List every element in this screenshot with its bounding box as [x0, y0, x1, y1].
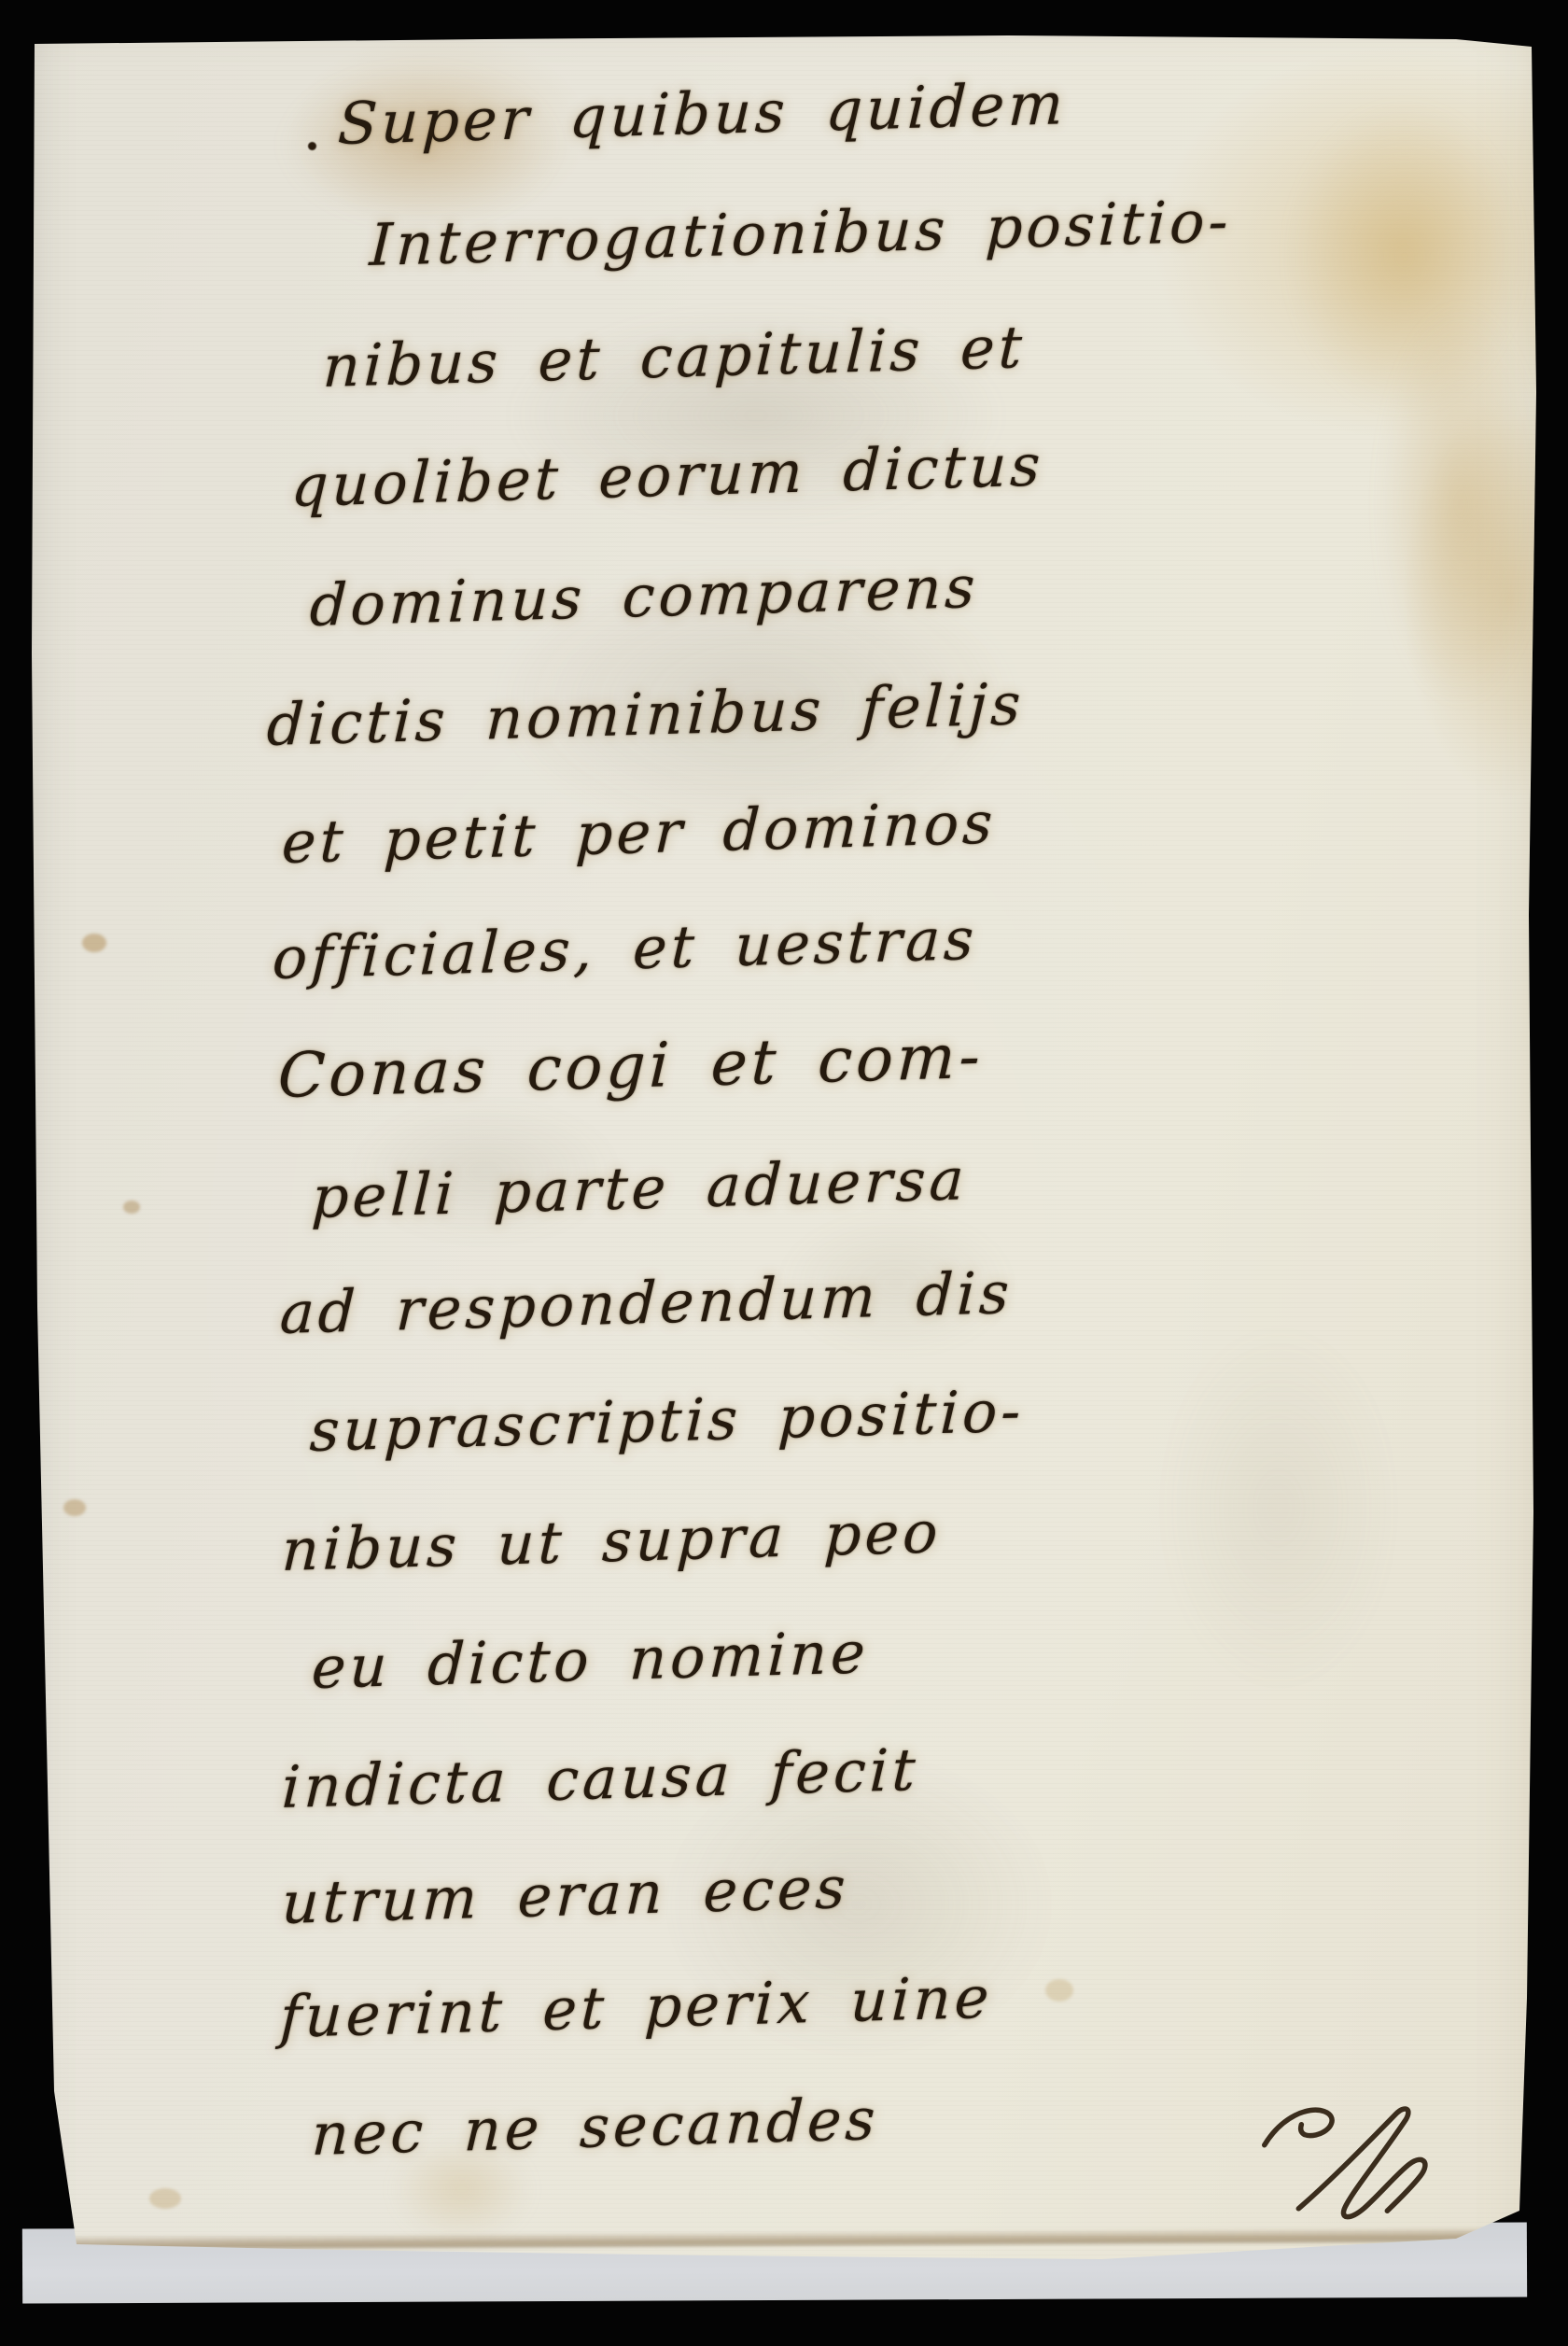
manuscript-line: nibus ut supra peo — [280, 1497, 943, 1584]
manuscript-line: fuerint et perix uine — [278, 1963, 994, 2051]
manuscript-line: pelli parte aduersa — [310, 1145, 969, 1231]
manuscript-line: Interrogationibus positio- — [368, 187, 1233, 279]
manuscript-photo: { "page": { "background_color": "#040404… — [0, 0, 1568, 2346]
manuscript-line: Super quibus quidem — [336, 69, 1068, 158]
manuscript-line: nec ne secandes — [310, 2085, 880, 2169]
manuscript-line: eu dicto nomine — [310, 1618, 870, 1702]
manuscript-line: indicta causa fecit — [280, 1735, 920, 1821]
foxing-spot — [149, 2188, 181, 2209]
water-stain — [1381, 308, 1540, 700]
manuscript-line: ad respondendum dis — [278, 1258, 1014, 1347]
manuscript-line: Conas cogi et com- — [276, 1020, 985, 1112]
show-through-ghost — [1148, 1307, 1409, 1708]
manuscript-line: quolibet eorum dictus — [289, 430, 1044, 520]
paraph-flourish-icon — [1252, 2076, 1461, 2253]
manuscript-page: Super quibus quidem Interrogationibus po… — [0, 0, 1568, 2346]
ink-dot — [308, 142, 316, 150]
manuscript-line: dictis nominibus felijs — [265, 669, 1025, 759]
foxing-spot — [1045, 1979, 1073, 2002]
manuscript-line: nibus et capitulis et — [321, 313, 1027, 400]
manuscript-line: et petit per dominos — [280, 789, 997, 877]
manuscript-line: utrum eran eces — [280, 1853, 850, 1937]
manuscript-line: dominus comparens — [308, 553, 979, 639]
manuscript-line: officiales, et uestras — [271, 905, 978, 992]
foxing-spot — [63, 1499, 86, 1516]
foxing-spot — [82, 934, 106, 952]
water-stain — [1288, 103, 1521, 411]
cut-off-pen-stroke-icon — [633, 0, 717, 22]
manuscript-line: suprascriptis positio- — [308, 1377, 1025, 1465]
foxing-spot — [123, 1201, 140, 1214]
